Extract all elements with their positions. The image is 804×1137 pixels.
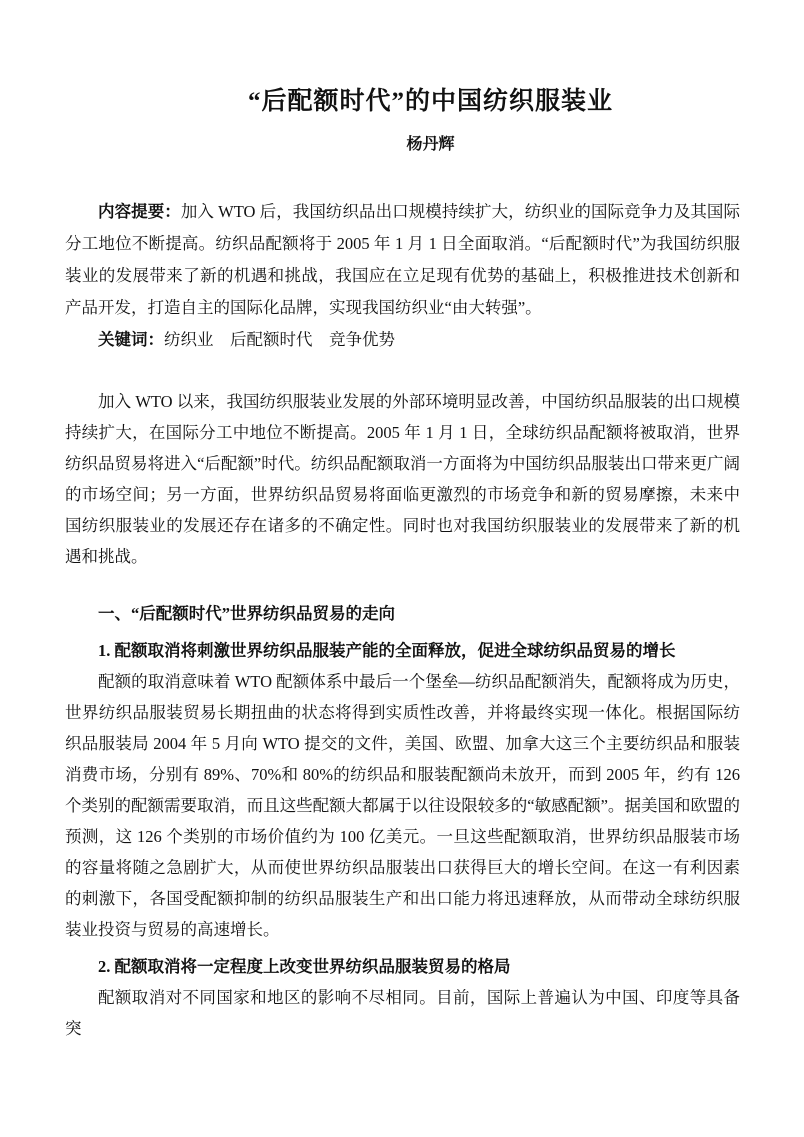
abstract-label: 内容提要： [98, 202, 181, 221]
page-title: “后配额时代”的中国纺织服装业 [65, 85, 740, 119]
subsection-2-paragraph: 配额取消对不同国家和地区的影响不尽相同。目前，国际上普遍认为中国、印度等具备突 [65, 982, 740, 1044]
abstract-paragraph: 内容提要：加入 WTO 后，我国纺织品出口规模持续扩大，纺织业的国际竞争力及其国… [65, 196, 740, 324]
intro-paragraph: 加入 WTO 以来，我国纺织服装业发展的外部环境明显改善，中国纺织品服装的出口规… [65, 386, 740, 572]
section-1-heading: 一、“后配额时代”世界纺织品贸易的走向 [65, 598, 740, 629]
document-author: 杨丹辉 [65, 134, 740, 156]
subsection-1-paragraph: 配额的取消意味着 WTO 配额体系中最后一个堡垒—纺织品配额消失，配额将成为历史… [65, 666, 740, 945]
keywords-line: 关键词：纺织业 后配额时代 竞争优势 [65, 324, 740, 356]
subsection-1-heading: 1. 配额取消将刺激世界纺织品服装产能的全面释放，促进全球纺织品贸易的增长 [65, 635, 740, 666]
keywords-label: 关键词： [98, 330, 164, 349]
keywords-text: 纺织业 后配额时代 竞争优势 [164, 330, 395, 349]
subsection-2-heading: 2. 配额取消将一定程度上改变世界纺织品服装贸易的格局 [65, 951, 740, 982]
document-page: “后配额时代”的中国纺织服装业 杨丹辉 内容提要：加入 WTO 后，我国纺织品出… [0, 0, 804, 1137]
